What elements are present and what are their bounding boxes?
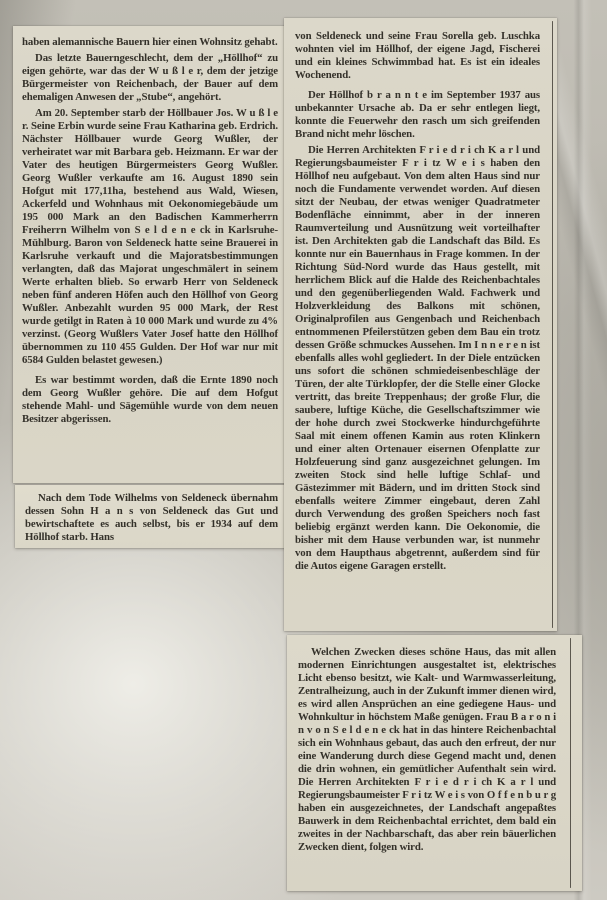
clipping-left-bottom-strip: Nach dem Tode Wilhelms von Seldeneck übe… [15, 485, 294, 548]
article-paragraph: Welchen Zwecken dieses schöne Haus, das … [298, 646, 556, 854]
clipping-right-column: von Seldeneck und seine Frau Sorella geb… [284, 18, 557, 631]
article-paragraph: haben alemannische Bauern hier einen Woh… [22, 36, 278, 49]
clipping-right-bottom-strip: Welchen Zwecken dieses schöne Haus, das … [287, 635, 582, 891]
article-paragraph: Die Herren Architekten F r i e d r i ch … [295, 144, 540, 573]
article-paragraph: Nach dem Tode Wilhelms von Seldeneck übe… [25, 492, 278, 544]
article-paragraph: Der Höllhof b r a n n t e im September 1… [295, 89, 540, 141]
article-paragraph: Am 20. September starb der Höllbauer Jos… [22, 107, 278, 367]
column-rule [552, 21, 554, 628]
article-paragraph: Das letzte Bauerngeschlecht, dem der „Hö… [22, 52, 278, 104]
photographed-newspaper-page: { "document": { "kind": "historical news… [0, 0, 607, 900]
column-rule [570, 638, 572, 888]
article-paragraph: Es war bestimmt worden, daß die Ernte 18… [22, 374, 278, 426]
clipping-left-column: haben alemannische Bauern hier einen Woh… [13, 26, 295, 483]
article-paragraph: von Seldeneck und seine Frau Sorella geb… [295, 30, 540, 82]
